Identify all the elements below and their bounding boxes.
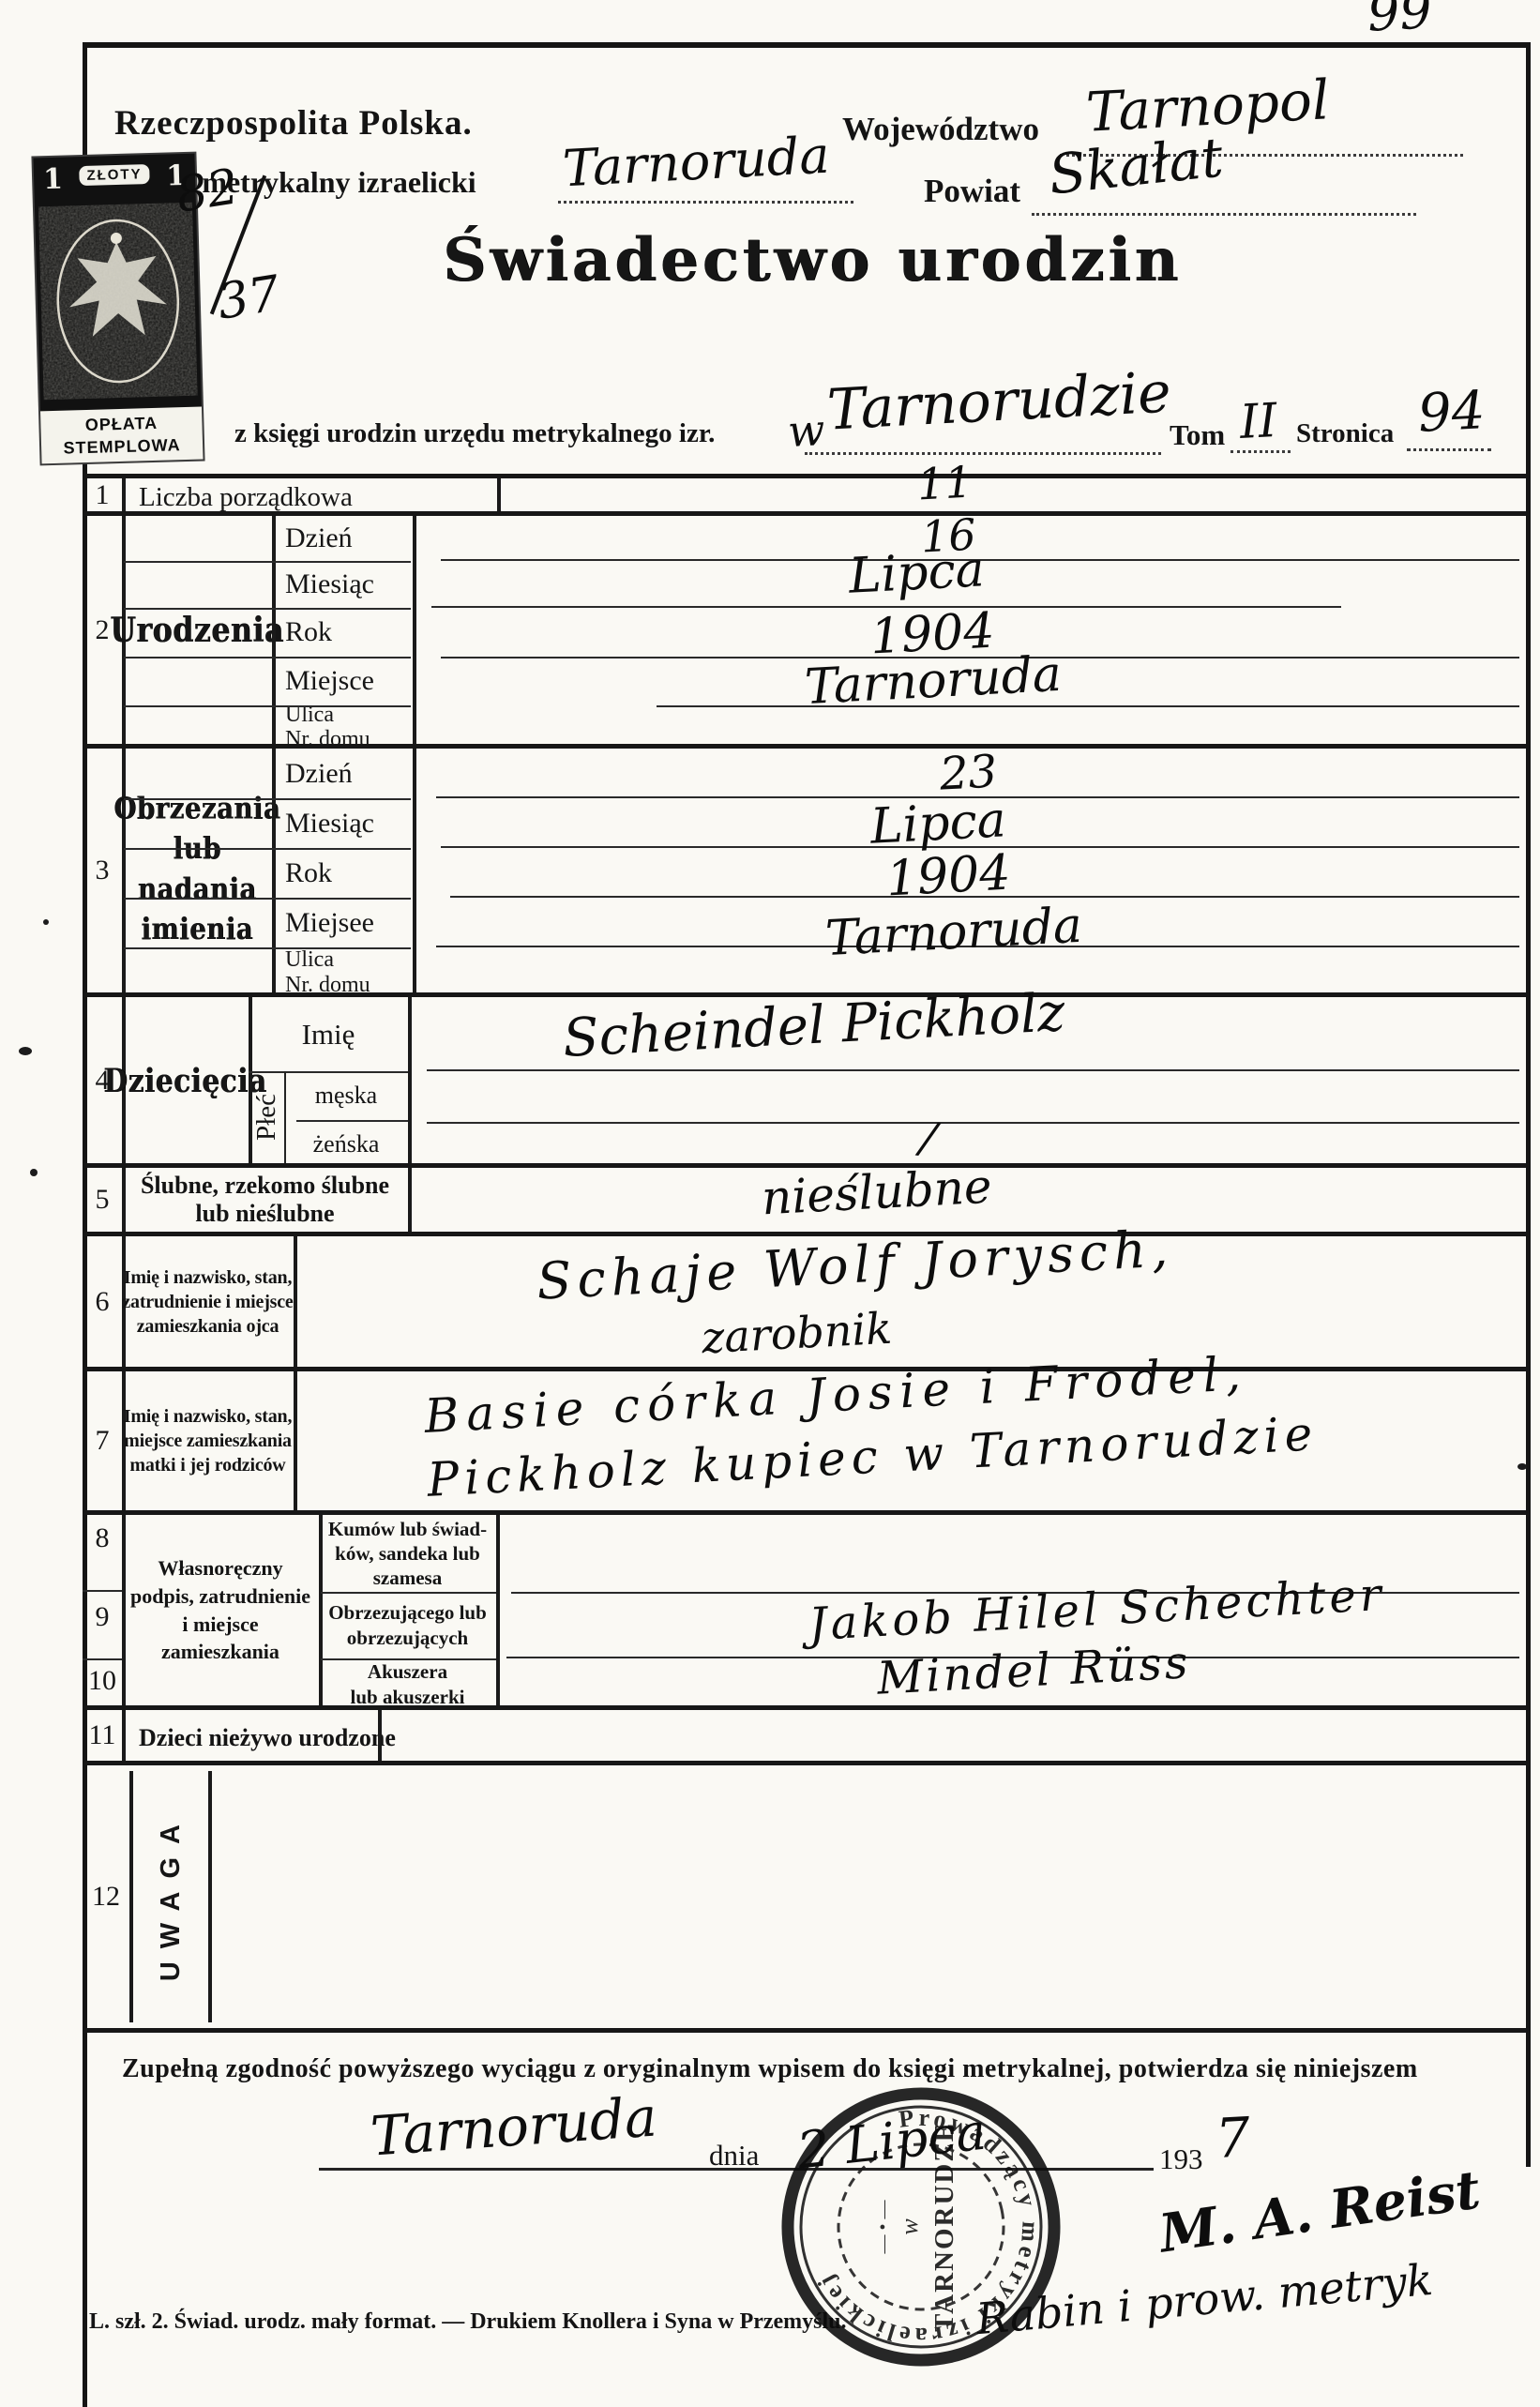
circumcision-section-label: Obrzezania lub nadania imienia	[122, 749, 272, 992]
midwife-label: Akuszera lub akuszerki	[319, 1658, 496, 1710]
stamp-center-prefix: w	[896, 2218, 923, 2235]
stamp-duty-caption: OPŁATA STEMPLOWA	[40, 407, 203, 464]
row-number: 10	[83, 1665, 122, 1697]
remarks-label: UWAGA	[133, 1765, 208, 2028]
ruled-line	[124, 898, 411, 900]
row-number-text: 10	[88, 1665, 116, 1696]
name-label: Imię	[249, 997, 408, 1071]
sex-label-text: Płeć	[251, 1094, 282, 1141]
birth-section-label: Urodzenia	[122, 516, 272, 744]
ordinal-label: Liczba porządkowa	[139, 478, 353, 516]
ruled-line	[124, 798, 411, 800]
ruled-line	[558, 201, 853, 204]
stamp-duty-word2: STEMPLOWA	[63, 435, 181, 457]
row-number: 12	[83, 1765, 129, 2028]
row-number: 8	[83, 1522, 122, 1554]
tom-value-handwritten: II	[1239, 397, 1278, 446]
source-place-handwritten: Tarnorudzie	[826, 364, 1172, 438]
scan-speck	[1517, 1463, 1527, 1470]
year-digit-handwritten: 7	[1215, 2110, 1252, 2166]
source-line-printed: z księgi urodzin urzędu metrykalnego izr…	[234, 418, 715, 449]
stamp-denomination-left: 1	[43, 163, 64, 197]
sex-female-label: żeńska	[284, 1120, 408, 1168]
ordinal-value-handwritten: 11	[916, 460, 974, 506]
field-label-year: Rok	[285, 848, 332, 898]
circumcision-year-handwritten: 1904	[885, 849, 1012, 904]
grid-line	[413, 516, 416, 744]
grid-line	[272, 516, 276, 744]
circumcision-day-handwritten: 23	[939, 749, 999, 796]
row-number-text: 6	[96, 1286, 110, 1318]
row-number-text: 9	[96, 1601, 110, 1632]
register-number-bottom: 37	[214, 269, 282, 327]
certification-text: Zupełną zgodność powyższego wyciągu z or…	[122, 2054, 1454, 2084]
field-label-month: Miesiąc	[285, 561, 374, 608]
scan-speck	[30, 1169, 38, 1176]
row-remarks: 12 UWAGA	[83, 1761, 1526, 2028]
field-label-street: Ulica Nr. domu	[285, 705, 370, 749]
legitimacy-value-handwritten: nieślubne	[761, 1163, 993, 1222]
grid-line	[497, 478, 501, 511]
row-number: 1	[83, 478, 122, 511]
stillborn-label: Dzieci nieżywo urodzone	[139, 1710, 396, 1765]
field-label-month: Miesiąc	[285, 798, 374, 848]
signatures-label: Własnoręczny podpis, zatrudnienie i miej…	[122, 1515, 319, 1705]
field-label-day: Dzień	[285, 749, 353, 798]
row-number: 11	[83, 1710, 122, 1761]
ruled-line	[805, 452, 1161, 455]
grid-line	[208, 1771, 212, 2022]
county-value-handwritten: Skałat	[1046, 129, 1225, 202]
country-title: Rzeczpospolita Polska.	[114, 103, 473, 144]
table-bottom-border	[83, 2028, 1526, 2033]
page-title: Świadectwo urodzin	[443, 225, 1182, 295]
stamp-currency-label: ZŁOTY	[79, 164, 150, 186]
year-printed: 193	[1159, 2142, 1203, 2176]
voivodeship-label: Województwo	[842, 111, 1039, 148]
stamp-duty-word1: OPŁATA	[84, 414, 158, 434]
field-label-place: Miejsee	[285, 898, 374, 947]
birth-month-handwritten: Lipca	[848, 545, 986, 600]
ruled-line	[124, 608, 411, 610]
ruled-line	[1230, 450, 1291, 453]
row-number: 9	[83, 1601, 122, 1633]
birth-certificate-page: 99 Rzeczpospolita Polska. Urząd metrykal…	[0, 0, 1540, 2407]
field-label-year: Rok	[285, 608, 332, 657]
grid-line	[122, 1710, 126, 1761]
grid-line	[378, 1710, 382, 1761]
ruled-line	[124, 705, 411, 707]
field-label-street: Ulica Nr. domu	[285, 947, 370, 997]
row-circumcision: 3 Obrzezania lub nadania imienia Dzień M…	[83, 744, 1526, 992]
child-section-label: Dziecięcia	[122, 997, 249, 1163]
ruled-line	[427, 1069, 1519, 1071]
document-border-right	[1526, 42, 1531, 2167]
row-number: 5	[83, 1168, 122, 1232]
circumcision-place-handwritten: Tarnoruda	[824, 901, 1083, 963]
stronica-label: Stronica	[1296, 418, 1394, 449]
father-label: Imię i nazwisko, stan, zatrudnienie i mi…	[122, 1236, 294, 1367]
ruled-line	[83, 1658, 122, 1660]
circumcision-section-label-text: Obrzezania lub nadania imienia	[113, 790, 280, 951]
register-number-top: 82	[173, 162, 241, 220]
official-round-stamp: Prowadzący metryki izraelickiej — • — w …	[747, 2053, 1095, 2400]
ruled-line	[1407, 448, 1491, 451]
grid-line	[294, 1371, 297, 1510]
row-number-text: 1	[96, 479, 110, 511]
grid-line	[122, 478, 126, 511]
ruled-line	[124, 947, 411, 949]
sex-label: Płeć	[249, 1071, 284, 1163]
footer-place-handwritten: Tarnoruda	[369, 2089, 658, 2163]
stamp-center-dash: — • —	[873, 2200, 894, 2255]
ruled-line	[124, 848, 411, 850]
scan-speck	[19, 1047, 32, 1055]
field-label-place: Miejsce	[285, 657, 374, 705]
row-number-text: 8	[96, 1522, 110, 1553]
printer-note: L. szł. 2. Świad. urodz. mały format. — …	[89, 2309, 847, 2335]
birth-section-label-text: Urodzenia	[110, 610, 284, 649]
sex-male-label: męska	[284, 1071, 408, 1120]
row-number-text: 12	[92, 1881, 120, 1913]
row-number-text: 3	[96, 855, 110, 886]
birth-place-handwritten: Tarnoruda	[804, 650, 1063, 712]
field-label-day: Dzień	[285, 516, 353, 561]
row-birth: 2 Urodzenia Dzień Miesiąc Rok Miejsce Ul…	[83, 511, 1526, 744]
ruled-line	[657, 705, 1519, 707]
row-ordinal: 1 Liczba porządkowa	[83, 474, 1526, 511]
ruled-line	[124, 657, 411, 659]
witnesses-label: Kumów lub świad- ków, sandeka lub szames…	[319, 1515, 496, 1592]
ruled-line	[83, 1590, 122, 1592]
remarks-label-text: UWAGA	[156, 1811, 187, 1981]
circumciser-label: Obrzezującego lub obrzezujących	[319, 1592, 496, 1658]
grid-line	[496, 1515, 500, 1705]
row-number: 6	[83, 1236, 122, 1367]
grid-line	[413, 749, 416, 992]
source-prefix-handwritten: w	[787, 408, 826, 453]
mother-label: Imię i nazwisko, stan, miejsce zamieszka…	[122, 1371, 294, 1510]
circumcision-month-handwritten: Lipca	[869, 795, 1007, 851]
grid-line	[294, 1236, 297, 1367]
row-stillborn: 11 Dzieci nieżywo urodzone	[83, 1705, 1526, 1761]
document-border-top	[83, 42, 1531, 48]
tom-label: Tom	[1170, 418, 1225, 452]
row-number-text: 7	[96, 1425, 110, 1457]
grid-line	[408, 997, 412, 1163]
ruled-line	[124, 561, 411, 563]
grid-line	[408, 1168, 412, 1232]
office-value-handwritten: Tarnoruda	[562, 130, 831, 195]
row-number: 7	[83, 1371, 122, 1510]
father-value-line2-handwritten: zarobnik	[701, 1307, 893, 1360]
grid-line	[272, 749, 276, 992]
official-signature: M. A. Reist	[1156, 2163, 1484, 2260]
child-section-label-text: Dziecięcia	[103, 1061, 266, 1098]
stronica-value-handwritten: 94	[1417, 385, 1487, 441]
scan-speck	[43, 919, 49, 925]
row-number-text: 11	[89, 1719, 116, 1751]
county-label: Powiat	[924, 173, 1020, 210]
ruled-line	[1032, 213, 1416, 216]
row-number-text: 2	[96, 614, 110, 646]
stamp-engraving-eagle	[38, 203, 198, 400]
row-number-text: 5	[96, 1184, 110, 1216]
legitimacy-label: Ślubne, rzekomo ślubne lub nieślubne	[122, 1168, 408, 1232]
ruled-line	[427, 1122, 1519, 1124]
corner-annotation: 99	[1366, 0, 1433, 39]
